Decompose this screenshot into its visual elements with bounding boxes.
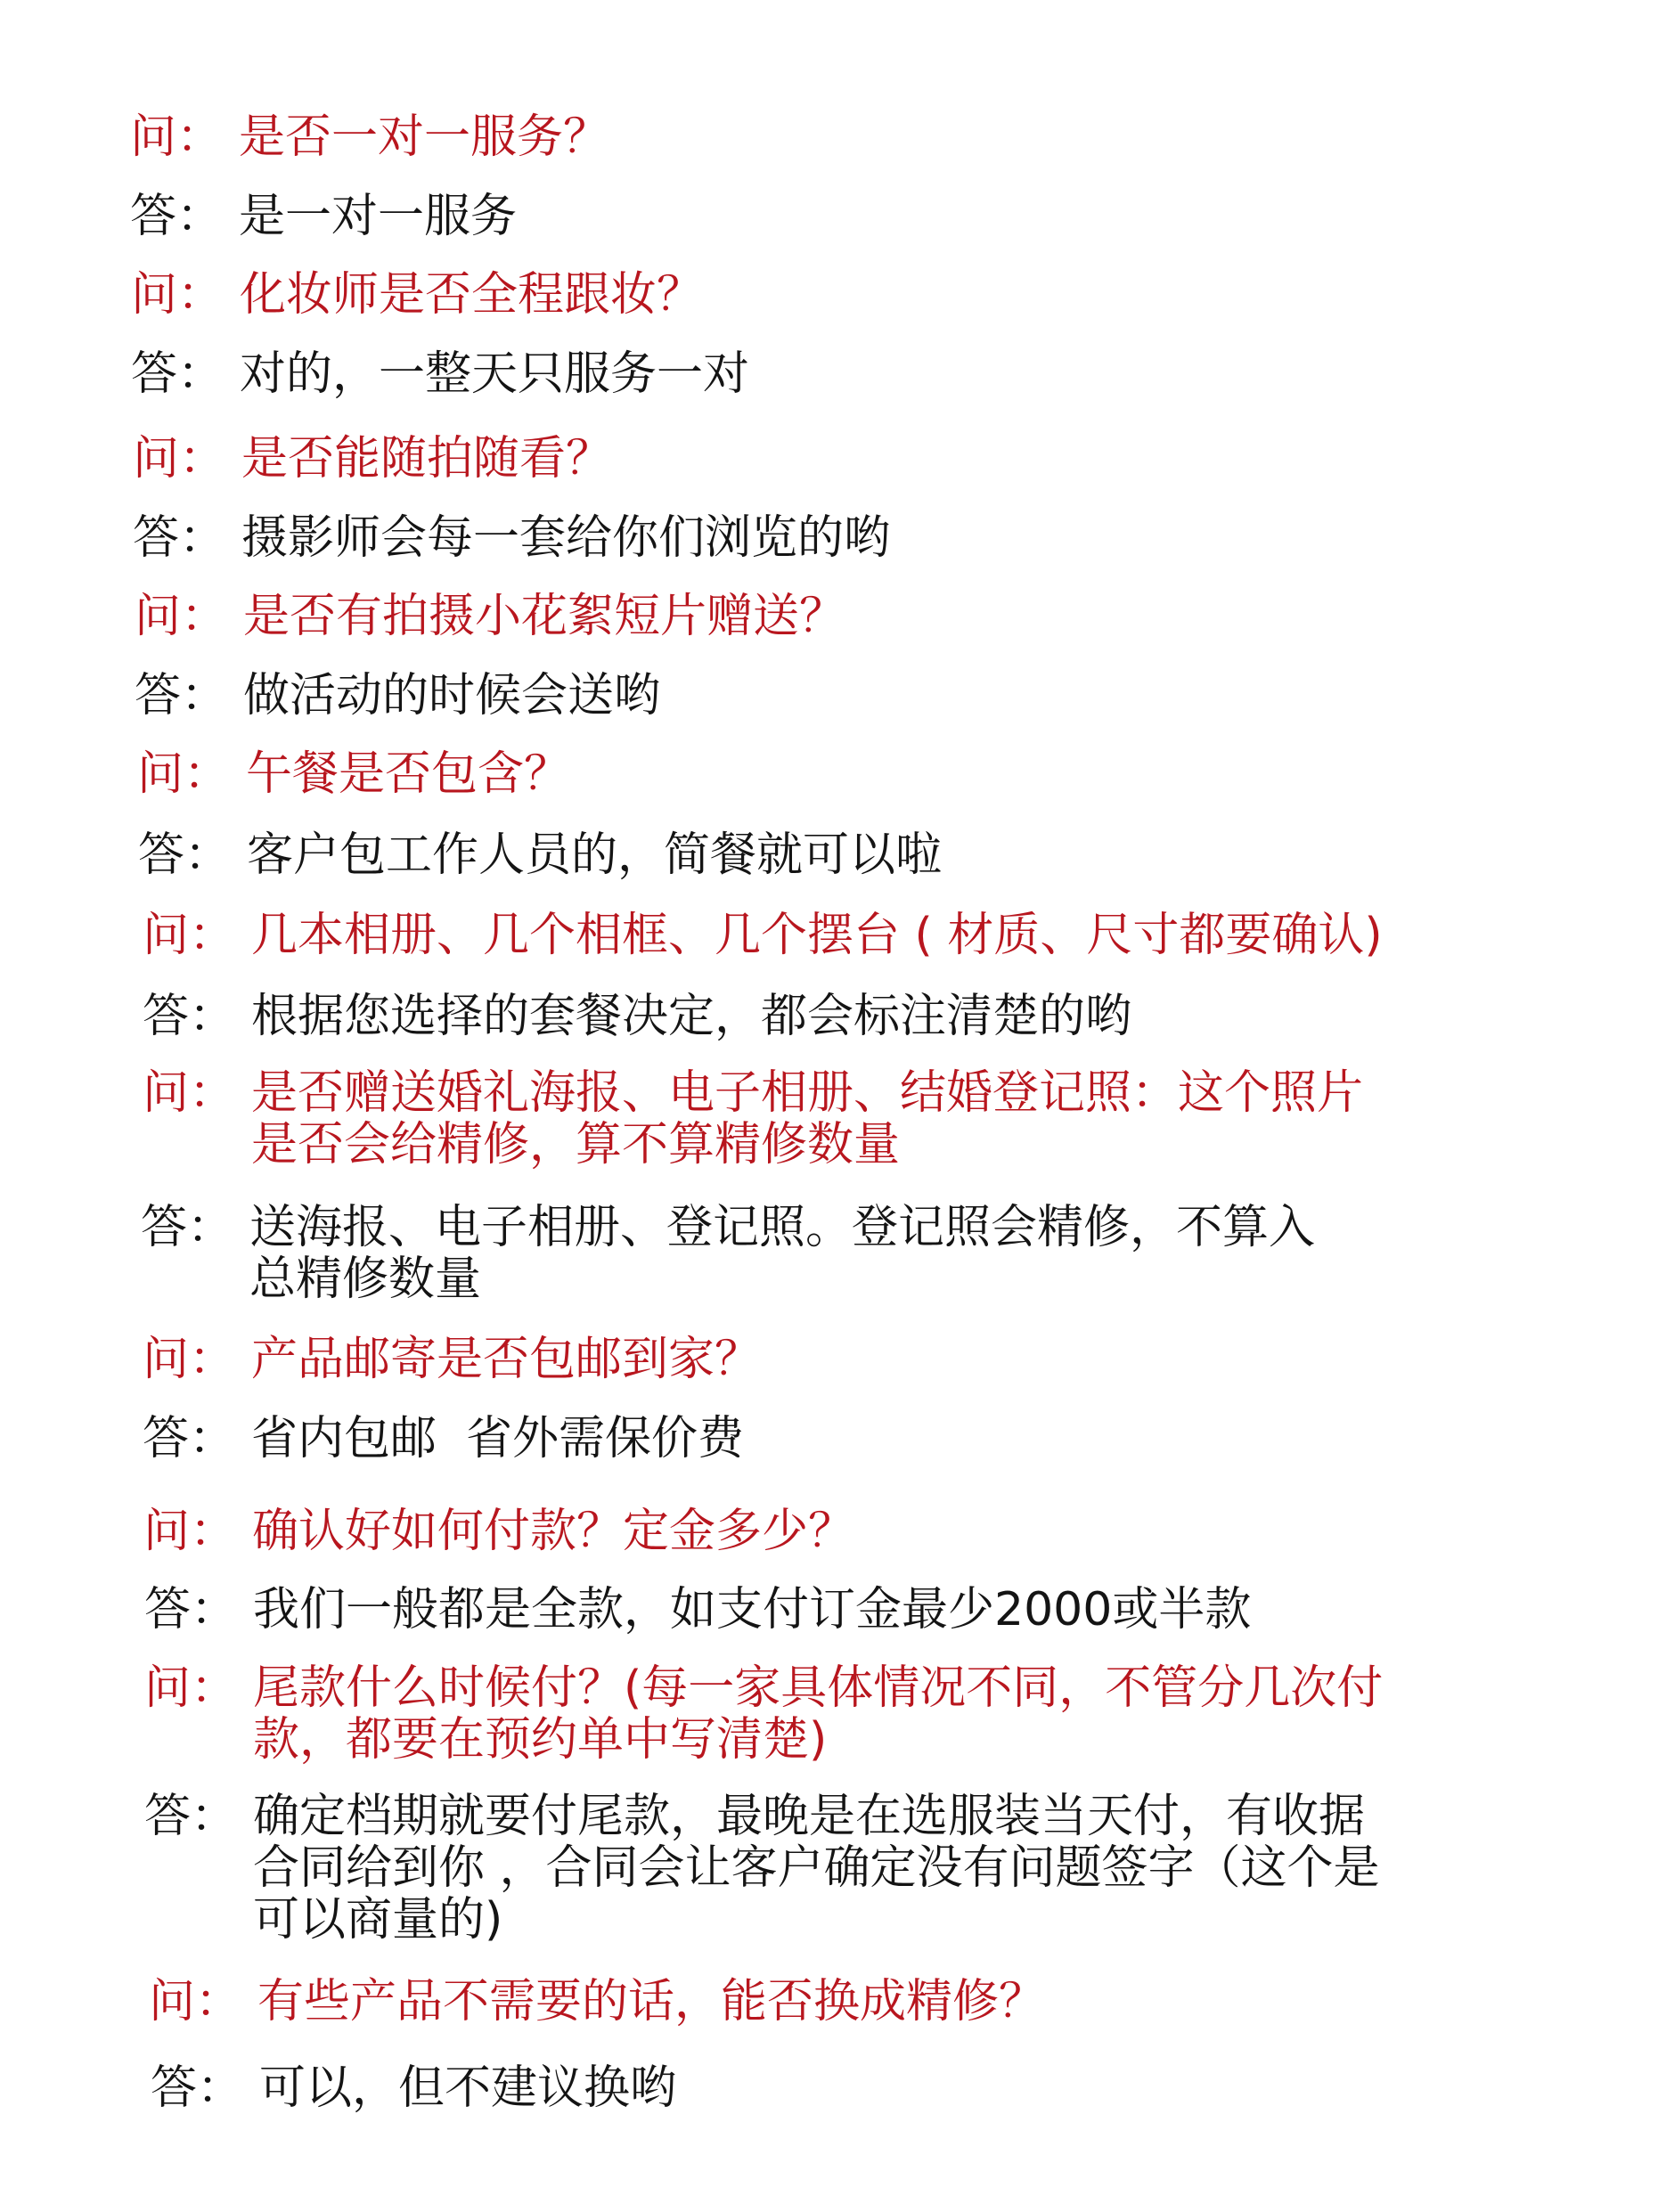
answer-text: 对的，一整天只服务一对	[240, 348, 749, 400]
question-prefix: 问：	[130, 111, 239, 163]
question-text: 有些产品不需要的话，能否换成精修？	[257, 1976, 1045, 2028]
answer-text: 摄影师会每一套给你们浏览的哟	[241, 512, 890, 564]
question-prefix: 问：	[143, 1506, 252, 1557]
question-prefix: 问：	[143, 910, 251, 961]
question-text: 尾款什么时候付？(每一家具体情况不同，不管分几次付 款，都要在预约单中写清楚)	[253, 1662, 1383, 1766]
faq-answer: 答： 我们一般都是全款，如支付订金最少2000或半款	[144, 1584, 1251, 1636]
faq-answer: 答： 对的，一整天只服务一对	[131, 348, 749, 400]
faq-question: 问： 是否有拍摄小花絮短片赠送？	[135, 591, 845, 642]
answer-text: 客户包工作人员的，简餐就可以啦	[247, 829, 942, 881]
question-text: 是否一对一服务？	[239, 111, 609, 163]
question-prefix: 问：	[144, 1662, 253, 1714]
question-text: 是否能随拍随看？	[241, 433, 612, 485]
faq-answer: 答： 确定档期就要付尾款，最晚是在选服装当天付，有收据 合同给到你 ，合同会让客…	[144, 1791, 1380, 1946]
question-prefix: 问：	[137, 748, 246, 800]
answer-prefix: 答：	[133, 512, 241, 564]
answer-text: 确定档期就要付尾款，最晚是在选服装当天付，有收据 合同给到你 ，合同会让客户确定…	[253, 1791, 1380, 1946]
question-prefix: 问：	[143, 1334, 251, 1385]
answer-text: 做活动的时候会送哟	[243, 670, 660, 722]
faq-question: 问： 是否能随拍随看？	[133, 433, 612, 485]
answer-prefix: 答：	[130, 191, 239, 242]
answer-text: 是一对一服务	[239, 191, 517, 242]
answer-text: 送海报、电子相册、登记照。登记照会精修，不算入 总精修数量	[249, 1202, 1315, 1305]
answer-prefix: 答：	[144, 1791, 253, 1842]
question-text: 确认好如何付款？定金多少？	[252, 1506, 854, 1557]
answer-prefix: 答：	[143, 1413, 251, 1465]
faq-answer: 答： 根据您选择的套餐决定，都会标注清楚的哟	[143, 991, 1131, 1042]
question-text: 是否赠送婚礼海报、电子相册、结婚登记照：这个照片 是否会给精修，算不算精修数量	[251, 1067, 1363, 1171]
faq-question: 问： 尾款什么时候付？(每一家具体情况不同，不管分几次付 款，都要在预约单中写清…	[144, 1662, 1383, 1766]
faq-answer: 答： 送海报、电子相册、登记照。登记照会精修，不算入 总精修数量	[141, 1202, 1315, 1305]
faq-answer: 答： 摄影师会每一套给你们浏览的哟	[133, 512, 890, 564]
question-text: 是否有拍摄小花絮短片赠送？	[243, 591, 845, 642]
faq-answer: 答： 客户包工作人员的，简餐就可以啦	[138, 829, 942, 881]
question-prefix: 问：	[133, 433, 241, 485]
faq-question: 问： 是否赠送婚礼海报、电子相册、结婚登记照：这个照片 是否会给精修，算不算精修…	[143, 1067, 1363, 1171]
answer-text: 省内包邮 省外需保价费	[251, 1413, 744, 1465]
faq-answer: 答： 做活动的时候会送哟	[135, 670, 660, 722]
faq-question: 问： 几本相册、几个相框、几个摆台 ( 材质、尺寸都要确认)	[143, 910, 1383, 961]
faq-question: 问： 是否一对一服务？	[130, 111, 609, 163]
answer-prefix: 答：	[135, 670, 243, 722]
question-prefix: 问：	[143, 1067, 251, 1119]
question-prefix: 问：	[149, 1976, 257, 2028]
answer-prefix: 答：	[144, 1584, 253, 1636]
faq-question: 问： 化妆师是否全程跟妆？	[131, 269, 703, 321]
answer-prefix: 答：	[141, 1202, 249, 1253]
answer-prefix: 答：	[138, 829, 247, 881]
question-text: 几本相册、几个相框、几个摆台 ( 材质、尺寸都要确认)	[251, 910, 1383, 961]
faq-question: 问： 产品邮寄是否包邮到家？	[143, 1334, 761, 1385]
faq-document: 问： 是否一对一服务？ 答： 是一对一服务 问： 化妆师是否全程跟妆？ 答： 对…	[0, 0, 1658, 2212]
answer-prefix: 答：	[151, 2062, 259, 2114]
question-text: 午餐是否包含？	[246, 748, 570, 800]
answer-prefix: 答：	[143, 991, 251, 1042]
faq-answer: 答： 省内包邮 省外需保价费	[143, 1413, 744, 1465]
faq-question: 问： 午餐是否包含？	[137, 748, 570, 800]
question-prefix: 问：	[135, 591, 243, 642]
faq-answer: 答： 可以，但不建议换哟	[151, 2062, 676, 2114]
answer-prefix: 答：	[131, 348, 240, 400]
question-text: 化妆师是否全程跟妆？	[240, 269, 703, 321]
answer-text: 我们一般都是全款，如支付订金最少2000或半款	[253, 1584, 1251, 1636]
question-prefix: 问：	[131, 269, 240, 321]
faq-question: 问： 确认好如何付款？定金多少？	[143, 1506, 854, 1557]
answer-text: 可以，但不建议换哟	[259, 2062, 676, 2114]
question-text: 产品邮寄是否包邮到家？	[251, 1334, 761, 1385]
faq-question: 问： 有些产品不需要的话，能否换成精修？	[149, 1976, 1045, 2028]
faq-answer: 答： 是一对一服务	[130, 191, 517, 242]
answer-text: 根据您选择的套餐决定，都会标注清楚的哟	[251, 991, 1131, 1042]
